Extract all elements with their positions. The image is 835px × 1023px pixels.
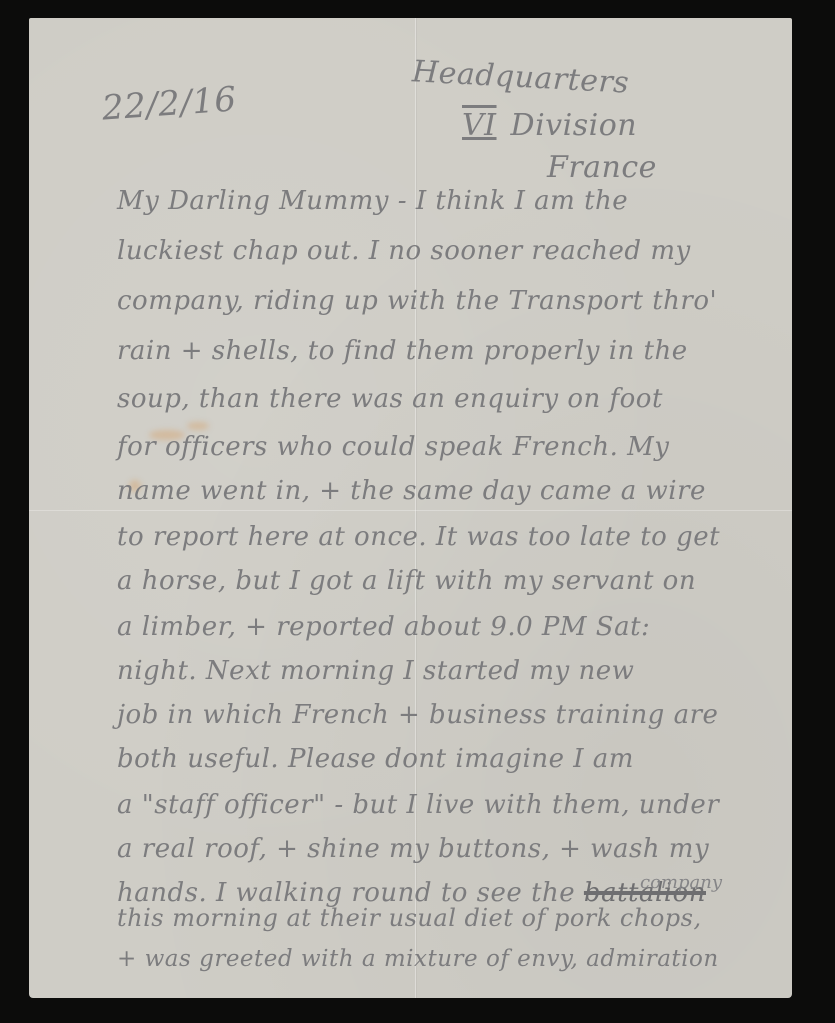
body-line: My Darling Mummy - I think I am the — [117, 186, 628, 216]
body-line: company, riding up with the Transport th… — [117, 286, 717, 316]
body-line: a limber, + reported about 9.0 PM Sat: — [117, 612, 650, 642]
division-number: VI — [462, 108, 497, 143]
body-line: job in which French + business training … — [117, 700, 718, 730]
scan-frame: 22/2/16 Headquarters VIDivision France M… — [0, 0, 835, 1023]
horizontal-fold-line — [29, 510, 792, 511]
body-line: for officers who could speak French. My — [117, 432, 669, 462]
body-line: night. Next morning I started my new — [117, 656, 634, 686]
body-line: rain + shells, to find them properly in … — [117, 336, 688, 366]
body-line: to report here at once. It was too late … — [117, 522, 720, 552]
body-line: this morning at their usual diet of pork… — [117, 904, 702, 932]
division-word: Division — [511, 108, 638, 143]
body-line: luckiest chap out. I no sooner reached m… — [117, 236, 691, 266]
address-country: France — [547, 150, 657, 185]
body-line: + was greeted with a mixture of envy, ad… — [117, 946, 719, 972]
address-division: VIDivision — [462, 108, 637, 143]
body-line: both useful. Please dont imagine I am — [117, 744, 634, 774]
rust-stain — [187, 422, 209, 430]
body-line: a horse, but I got a lift with my servan… — [117, 566, 696, 596]
body-line: a "staff officer" - but I live with them… — [117, 790, 719, 820]
body-line: a real roof, + shine my buttons, + wash … — [117, 834, 709, 864]
inserted-correction: company — [640, 872, 722, 893]
body-line: name went in, + the same day came a wire — [117, 476, 706, 506]
body-line: soup, than there was an enquiry on foot — [117, 384, 663, 414]
